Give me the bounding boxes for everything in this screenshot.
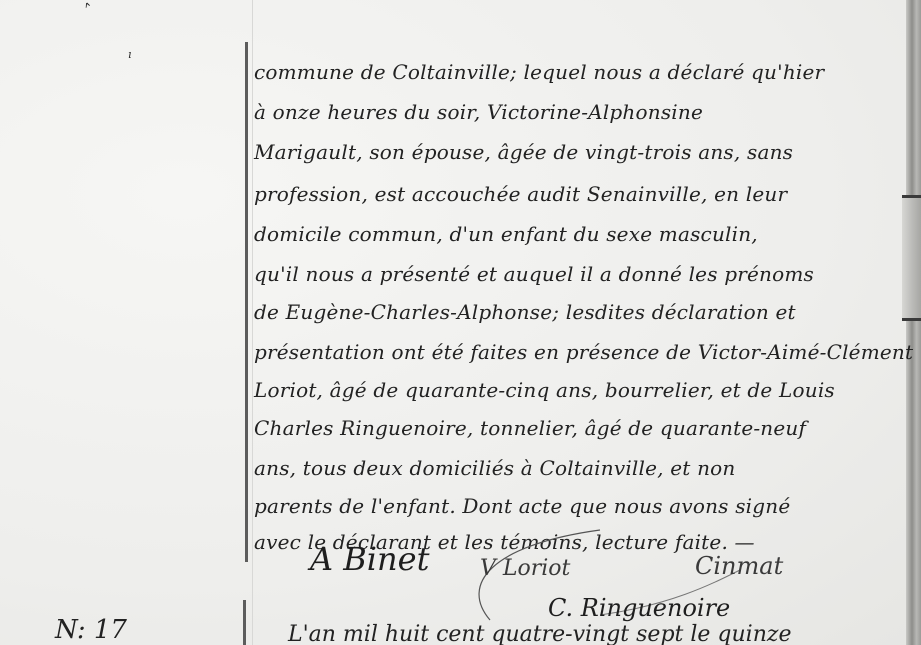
body-line: Loriot, âgé de quarante-cinq ans, bourre… <box>254 378 835 402</box>
signature-declarant: A Binet <box>310 540 429 578</box>
signature-officer: Cinmat <box>695 552 783 580</box>
margin-mark-dot: ı <box>128 48 132 61</box>
body-line: Marigault, son épouse, âgée de vingt-tro… <box>254 140 793 164</box>
margin-rule <box>245 42 248 562</box>
scanned-register-page: ˄ ı commune de Coltainville; lequel nous… <box>0 0 921 645</box>
body-line: présentation ont été faites en présence … <box>254 340 913 364</box>
next-entry-start: L'an mil huit cent quatre-vingt sept le … <box>288 622 792 645</box>
body-line: à onze heures du soir, Victorine-Alphons… <box>254 100 703 124</box>
body-line: commune de Coltainville; lequel nous a d… <box>254 60 824 84</box>
faint-column-rule <box>252 0 253 645</box>
body-line: parents de l'enfant. Dont acte que nous … <box>254 494 790 518</box>
entry-number: N: 17 <box>55 615 127 645</box>
body-line: domicile commun, d'un enfant du sexe mas… <box>254 222 758 246</box>
spine-band <box>902 195 921 321</box>
signature-witness-1: V Loriot <box>480 556 570 581</box>
margin-mark-top: ˄ <box>82 0 98 20</box>
signature-witness-2: C. Ringuenoire <box>548 594 730 622</box>
body-line: qu'il nous a présenté et auquel il a don… <box>254 262 814 286</box>
book-spine <box>906 0 921 645</box>
body-line: ans, tous deux domiciliés à Coltainville… <box>254 456 736 480</box>
body-line: Charles Ringuenoire, tonnelier, âgé de q… <box>254 416 806 440</box>
body-line: de Eugène-Charles-Alphonse; lesdites déc… <box>254 300 796 324</box>
margin-rule-lower <box>243 600 246 645</box>
body-line: profession, est accouchée audit Senainvi… <box>254 182 787 206</box>
